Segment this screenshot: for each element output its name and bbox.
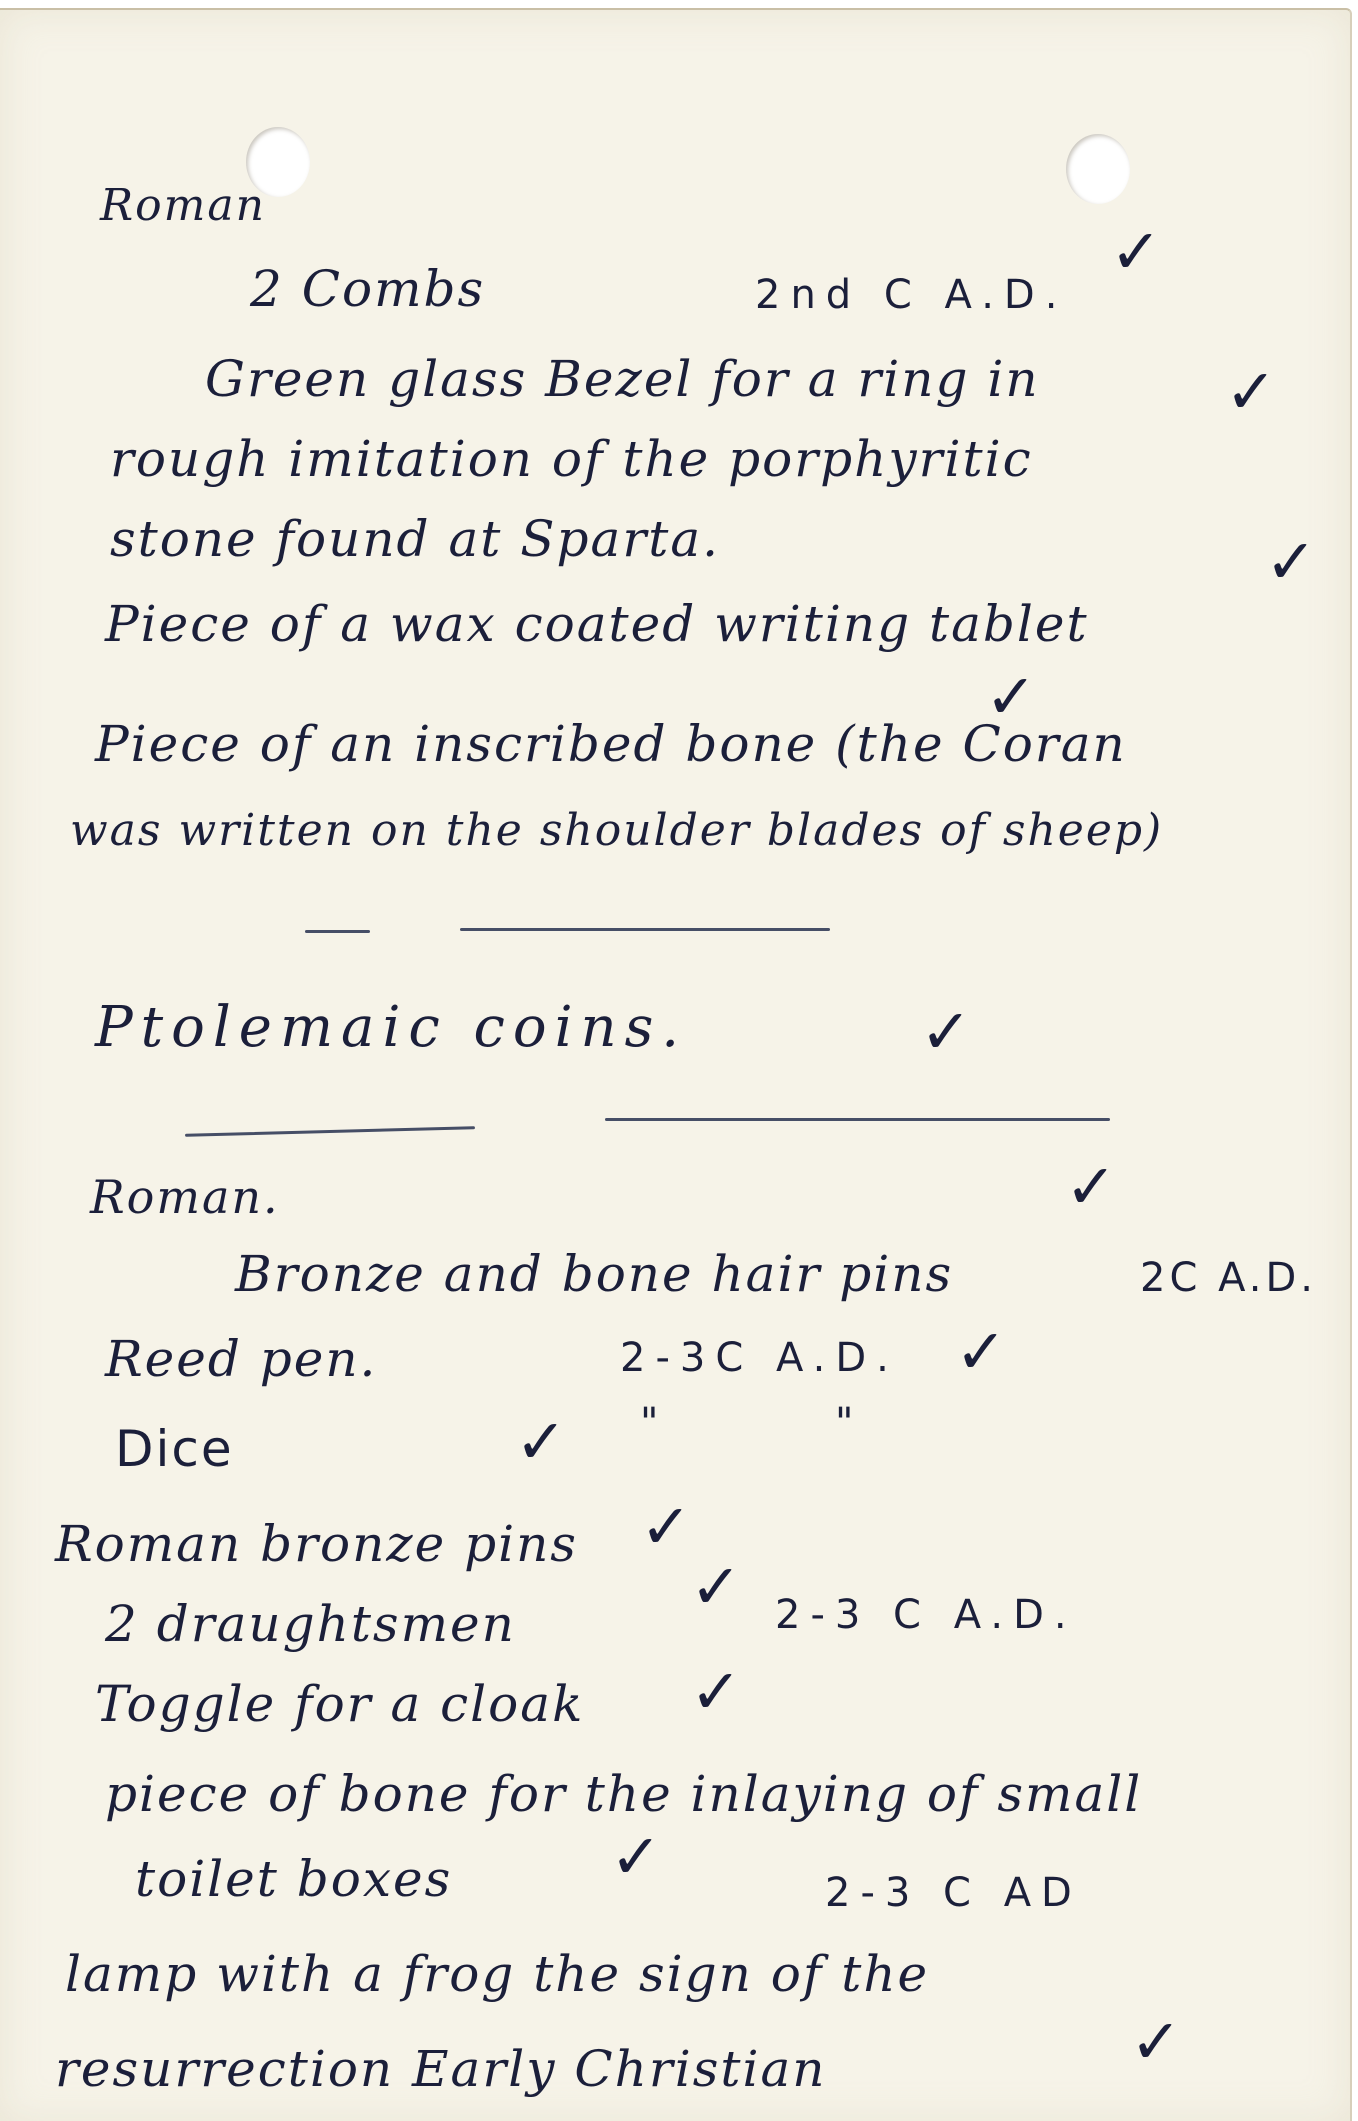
- ditto-mark: ": [640, 1400, 668, 1446]
- item-dice: Dice: [115, 1420, 234, 1478]
- section-heading-roman-2: Roman.: [90, 1170, 280, 1224]
- item-stone-sparta: stone found at Sparta.: [110, 510, 720, 568]
- item-reed-pen-date: 2-3C A.D.: [620, 1335, 899, 1381]
- item-combs-date: 2nd C A.D.: [755, 272, 1067, 318]
- item-coran-note: was written on the shoulder blades of sh…: [70, 805, 1163, 856]
- check-mark-icon: ✓: [1225, 355, 1277, 428]
- check-mark-icon: ✓: [1265, 525, 1317, 598]
- item-resurrection: resurrection Early Christian: [55, 2040, 826, 2098]
- check-mark-icon: ✓: [985, 660, 1037, 733]
- check-mark-icon: ✓: [640, 1490, 692, 1563]
- item-roman-bronze-pins: Roman bronze pins: [55, 1515, 578, 1573]
- item-draughtsmen-date: 2-3 C A.D.: [775, 1592, 1077, 1638]
- item-combs: 2 Combs: [250, 260, 485, 318]
- item-inscribed-bone: Piece of an inscribed bone (the Coran: [95, 715, 1127, 773]
- item-toilet-boxes: toilet boxes: [135, 1850, 452, 1908]
- item-rough-imitation: rough imitation of the porphyritic: [110, 430, 1033, 488]
- check-mark-icon: ✓: [1130, 2005, 1182, 2078]
- check-mark-icon: ✓: [515, 1405, 567, 1478]
- index-card: Roman 2 Combs 2nd C A.D. ✓ Green glass B…: [0, 8, 1352, 2121]
- section-heading-ptolemaic-coins: Ptolemaic coins.: [95, 995, 687, 1060]
- item-reed-pen: Reed pen.: [105, 1330, 377, 1388]
- check-mark-icon: ✓: [955, 1315, 1007, 1388]
- check-mark-icon: ✓: [690, 1655, 742, 1728]
- check-mark-icon: ✓: [920, 995, 972, 1068]
- item-lamp-frog: lamp with a frog the sign of the: [65, 1945, 929, 2003]
- check-mark-icon: ✓: [1110, 215, 1162, 288]
- divider: [460, 928, 830, 931]
- section-heading-roman: Roman: [100, 180, 266, 231]
- item-draughtsmen: 2 draughtsmen: [105, 1595, 516, 1653]
- divider: [185, 1126, 475, 1137]
- ditto-mark: ": [835, 1400, 863, 1446]
- punch-hole-right: [1066, 134, 1130, 204]
- item-toilet-boxes-date: 2-3 C AD: [825, 1870, 1082, 1916]
- check-mark-icon: ✓: [690, 1550, 742, 1623]
- check-mark-icon: ✓: [1065, 1150, 1117, 1223]
- item-hair-pins: Bronze and bone hair pins: [235, 1245, 953, 1303]
- item-green-glass-bezel: Green glass Bezel for a ring in: [205, 350, 1040, 408]
- divider: [305, 930, 370, 933]
- item-hair-pins-date: 2C A.D.: [1140, 1255, 1317, 1301]
- item-wax-tablet: Piece of a wax coated writing tablet: [105, 595, 1089, 653]
- check-mark-icon: ✓: [610, 1820, 662, 1893]
- item-bone-inlaying: piece of bone for the inlaying of small: [105, 1765, 1142, 1823]
- item-toggle-cloak: Toggle for a cloak: [95, 1675, 584, 1733]
- divider: [605, 1118, 1110, 1121]
